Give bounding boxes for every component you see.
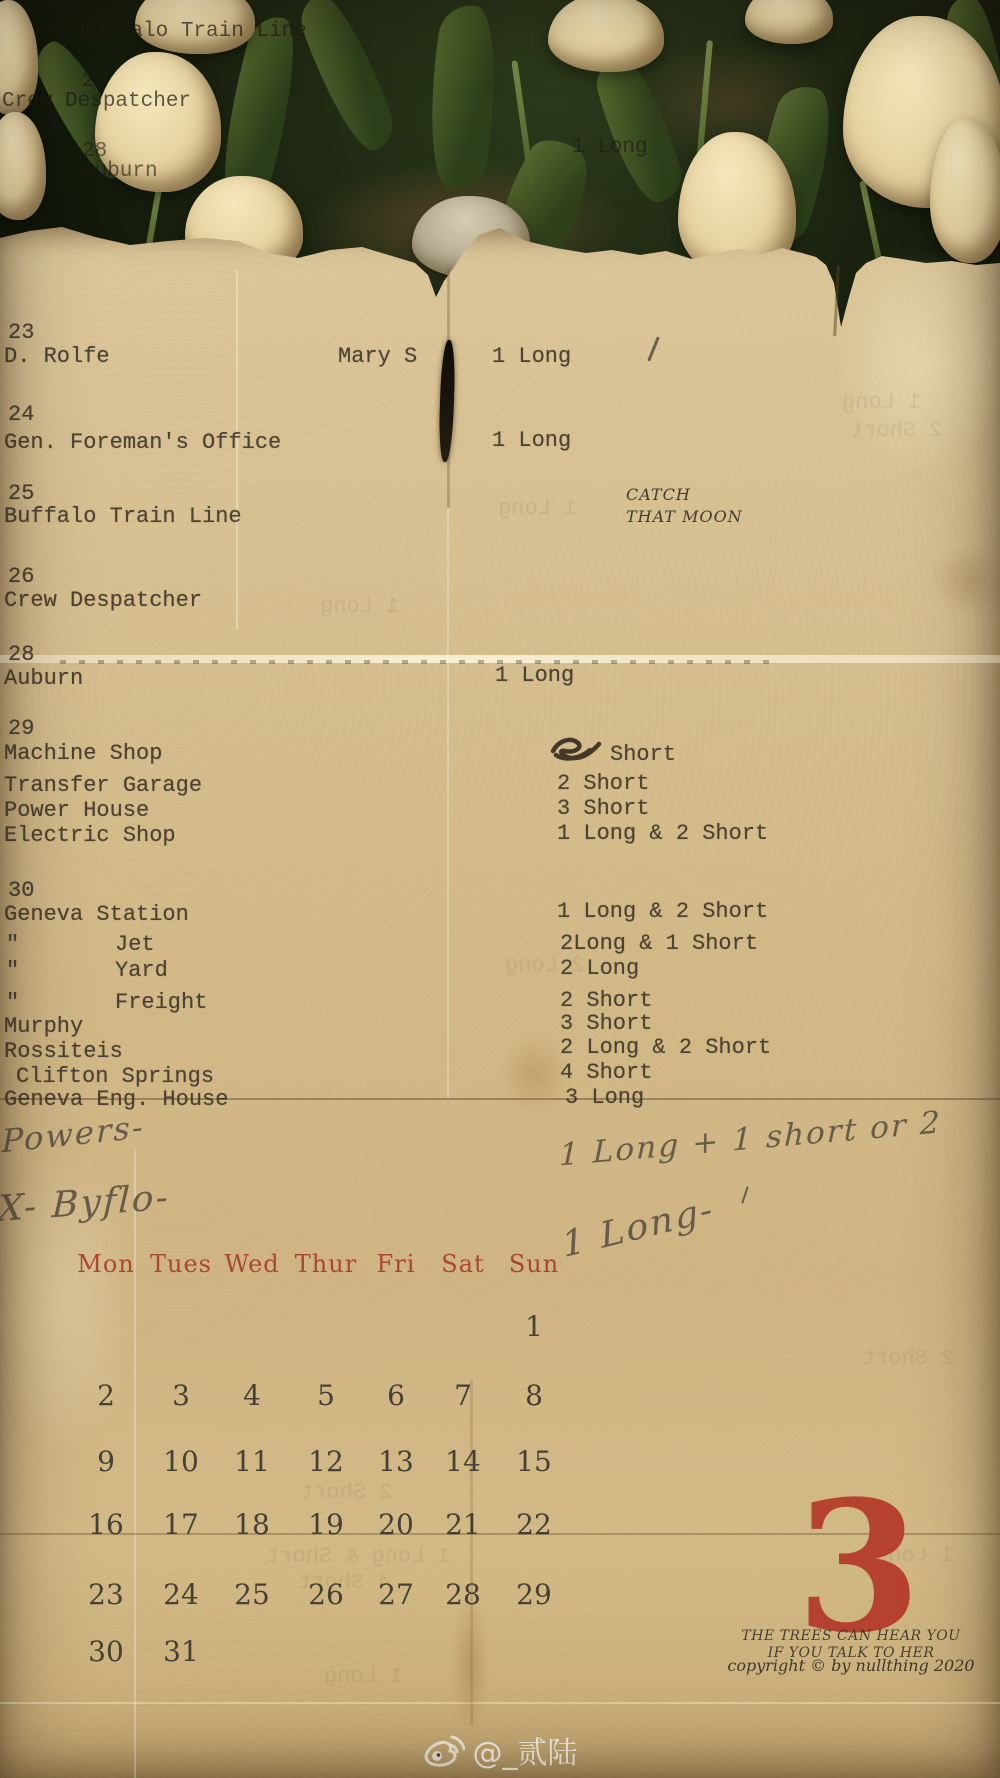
typed-line: 2Long & 1 Short (560, 933, 758, 955)
typed-line: 2 Short (560, 990, 652, 1012)
typed-line: Crew Despatcher (4, 590, 202, 612)
calendar-date: 26 (291, 1581, 361, 1609)
calendar-date: 18 (217, 1511, 287, 1539)
footer-tagline-1: THE TREES CAN HEAR YOU (681, 1628, 1000, 1646)
photo-overlay-line: Buffalo Train Line (80, 20, 307, 43)
typed-line: Clifton Springs (16, 1066, 214, 1088)
typed-line: 1 Long (495, 665, 574, 687)
typed-line: Gen. Foreman's Office (4, 432, 281, 454)
typed-line: Yard (115, 960, 168, 982)
calendar-date: 8 (499, 1382, 569, 1410)
calendar-date: 10 (146, 1448, 216, 1476)
calendar-date: 5 (291, 1382, 361, 1410)
typed-line: Machine Shop (4, 743, 162, 765)
weekday-label: Wed (217, 1252, 287, 1276)
typed-line: 1 Long (492, 430, 571, 452)
typed-line: 3 Short (557, 798, 649, 820)
typed-line: Jet (115, 934, 155, 956)
typed-line: 3 Short (560, 1013, 652, 1035)
calendar-date: 1 (499, 1313, 569, 1341)
typed-line: Geneva Station (4, 904, 189, 926)
weibo-icon (423, 1732, 465, 1768)
calendar-date: 21 (428, 1511, 498, 1539)
bleed-through-fragment: 1 Long (324, 1666, 403, 1688)
typed-line: 1 Long & 2 Short (557, 823, 768, 845)
typed-line: " (6, 960, 19, 982)
calendar-date: 12 (291, 1448, 361, 1476)
tulip-flower (745, 0, 833, 44)
typed-line: 29 (8, 718, 34, 740)
calendar-date: 20 (361, 1511, 431, 1539)
caption-line: THAT MOON (626, 506, 743, 528)
typed-line: 4 Short (560, 1062, 652, 1084)
calendar-date: 4 (217, 1382, 287, 1410)
watermark-handle: @_贰陆 (473, 1728, 578, 1772)
weekday-label: Sun (499, 1252, 569, 1276)
typed-line: " (6, 934, 19, 956)
weekday-label: Sat (428, 1252, 498, 1276)
calendar-date: 30 (71, 1638, 141, 1666)
bleed-through-fragment: 1 Long (320, 596, 399, 618)
bleed-through-fragment: 2 Short (850, 420, 942, 442)
calendar-date: 11 (217, 1448, 287, 1476)
weekday-label: Mon (71, 1252, 141, 1276)
tulip-flower (930, 118, 1000, 263)
calendar-date: 9 (71, 1448, 141, 1476)
calendar-date: 23 (71, 1581, 141, 1609)
weibo-watermark: @_贰陆 (0, 1728, 1000, 1772)
typed-line: Buffalo Train Line (4, 506, 242, 528)
tulip-flower (548, 0, 664, 72)
calendar-date: 14 (428, 1448, 498, 1476)
typed-line: 3 Long (565, 1087, 644, 1109)
calendar-date: 7 (428, 1382, 498, 1410)
calendar-date: 15 (499, 1448, 569, 1476)
typed-line: Rossiteis (4, 1041, 123, 1063)
tulip-leaf (293, 0, 400, 159)
typed-line: 28 (8, 644, 34, 666)
typed-line: Geneva Eng. House (4, 1089, 228, 1111)
typed-line: 1 Long (492, 346, 571, 368)
typed-line: Freight (115, 992, 207, 1014)
calendar-date: 31 (146, 1638, 216, 1666)
copyright-line: copyright © by nullthing 2020 (681, 1656, 1000, 1675)
typed-line: 23 (8, 322, 34, 344)
typed-line: Power House (4, 800, 149, 822)
calendar-wallpaper: 25Buffalo Train Line26Crew Despatcher281… (0, 0, 1000, 1778)
typed-line: Mary S (338, 346, 417, 368)
photo-overlay-line: 25 (93, 0, 118, 13)
caption-line: CATCH (626, 484, 743, 506)
typed-line: 24 (8, 404, 34, 426)
calendar-date: 29 (499, 1581, 569, 1609)
photo-overlay-line: Crew Despatcher (2, 90, 191, 113)
typed-line: Murphy (4, 1016, 83, 1038)
weekday-label: Tues (146, 1252, 216, 1276)
catch-that-moon-caption: CATCH THAT MOON (626, 484, 743, 527)
typed-line: " (6, 992, 19, 1014)
bleed-through-fragment: 2 Short (300, 1482, 392, 1504)
tulip-flower (0, 112, 46, 220)
ink-scribble (550, 735, 602, 763)
bleed-through-fragment: 1 Long & Short (266, 1546, 451, 1568)
typed-line: Auburn (4, 668, 83, 690)
typed-line: 1 Long & 2 Short (557, 901, 768, 923)
bleed-through-fragment: 2 Long (505, 955, 584, 977)
calendar-date: 19 (291, 1511, 361, 1539)
calendar-date: 2 (71, 1382, 141, 1410)
calendar-date: 13 (361, 1448, 431, 1476)
photo-overlay-line: 1 Long (572, 136, 648, 159)
typed-line: 30 (8, 880, 34, 902)
calendar-date: 28 (428, 1581, 498, 1609)
calendar-date: 27 (361, 1581, 431, 1609)
bleed-through-fragment: 1 Long (842, 392, 921, 414)
typed-line: 25 (8, 483, 34, 505)
typed-line: Transfer Garage (4, 775, 202, 797)
calendar-date: 3 (146, 1382, 216, 1410)
weekday-label: Thur (291, 1252, 361, 1276)
bleed-through-fragment: 2 Short (862, 1348, 954, 1370)
weekday-label: Fri (361, 1252, 431, 1276)
typed-line: D. Rolfe (4, 346, 110, 368)
typed-line: 2 Short (557, 773, 649, 795)
calendar-date: 25 (217, 1581, 287, 1609)
photo-overlay-line: 29 (83, 202, 108, 225)
photo-overlay-line: Auburn (82, 160, 158, 183)
typed-line: Short (610, 744, 676, 766)
calendar-date: 17 (146, 1511, 216, 1539)
calendar-date: 24 (146, 1581, 216, 1609)
calendar-date: 6 (361, 1382, 431, 1410)
typed-line: 2 Long & 2 Short (560, 1037, 771, 1059)
bleed-through-fragment: 1 Long (498, 498, 577, 520)
calendar-date: 16 (71, 1511, 141, 1539)
typed-line: 26 (8, 566, 34, 588)
typed-line: Electric Shop (4, 825, 176, 847)
calendar-date: 22 (499, 1511, 569, 1539)
